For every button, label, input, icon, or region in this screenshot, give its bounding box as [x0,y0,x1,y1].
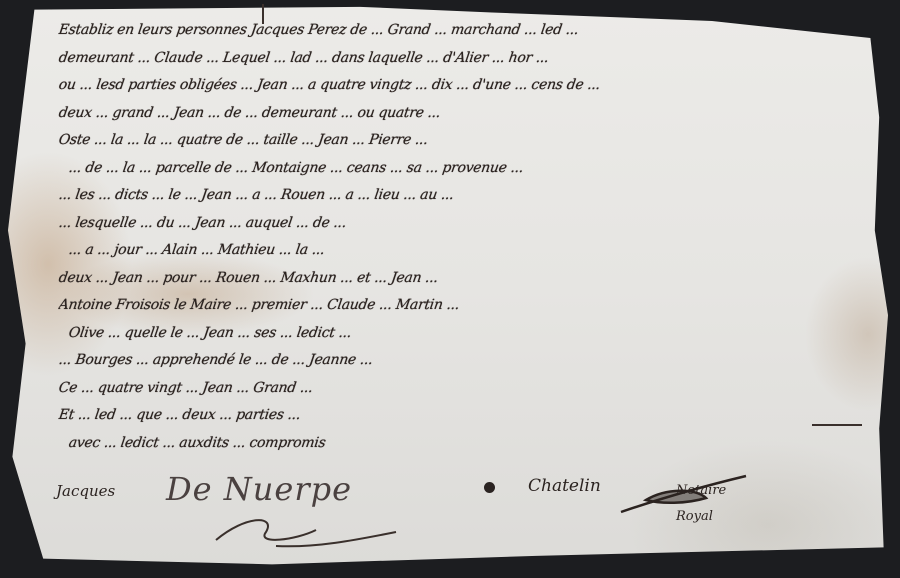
manuscript-line: ... a ... jour ... Alain ... Mathieu ...… [56,242,860,270]
signature-main: De Nuerpe [166,470,352,508]
manuscript-line: Oste ... la ... la ... quatre de ... tai… [56,132,860,160]
manuscript-line: avec ... ledict ... auxdits ... compromi… [56,435,860,463]
manuscript-line: demeurant ... Claude ... Lequel ... lad … [56,50,860,78]
signature-left-word: Jacques [56,482,115,500]
manuscript-line: ... les ... dicts ... le ... Jean ... a … [56,187,860,215]
signature-block: Jacques De Nuerpe Chatelin Notaire Royal [56,470,876,560]
marginal-mark [262,4,264,24]
signature-flourish-icon [206,510,406,550]
manuscript-line: ... lesquelle ... du ... Jean ... auquel… [56,215,860,243]
manuscript-line: Establiz en leurs personnes Jacques Pere… [56,22,860,50]
notary-title: Notaire Royal [676,478,726,530]
signature-right: Chatelin [528,476,601,496]
line-end-rule [812,424,862,426]
manuscript-line: deux ... grand ... Jean ... de ... demeu… [56,105,860,133]
manuscript-line: Antoine Froisois le Maire ... premier ..… [56,297,860,325]
ink-blot [484,482,495,493]
manuscript-text-block: Establiz en leurs personnes Jacques Pere… [58,22,858,462]
manuscript-line: deux ... Jean ... pour ... Rouen ... Max… [56,270,860,298]
manuscript-line: Et ... led ... que ... deux ... parties … [56,407,860,435]
manuscript-line: ... Bourges ... apprehendé le ... de ...… [56,352,860,380]
manuscript-line: ou ... lesd parties obligées ... Jean ..… [56,77,860,105]
manuscript-line: ... de ... la ... parcelle de ... Montai… [56,160,860,188]
manuscript-line: Ce ... quatre vingt ... Jean ... Grand .… [56,380,860,408]
manuscript-line: Olive ... quelle le ... Jean ... ses ...… [56,325,860,353]
notary-sub-label: Royal [676,504,726,530]
notary-title-label: Notaire [676,478,726,504]
